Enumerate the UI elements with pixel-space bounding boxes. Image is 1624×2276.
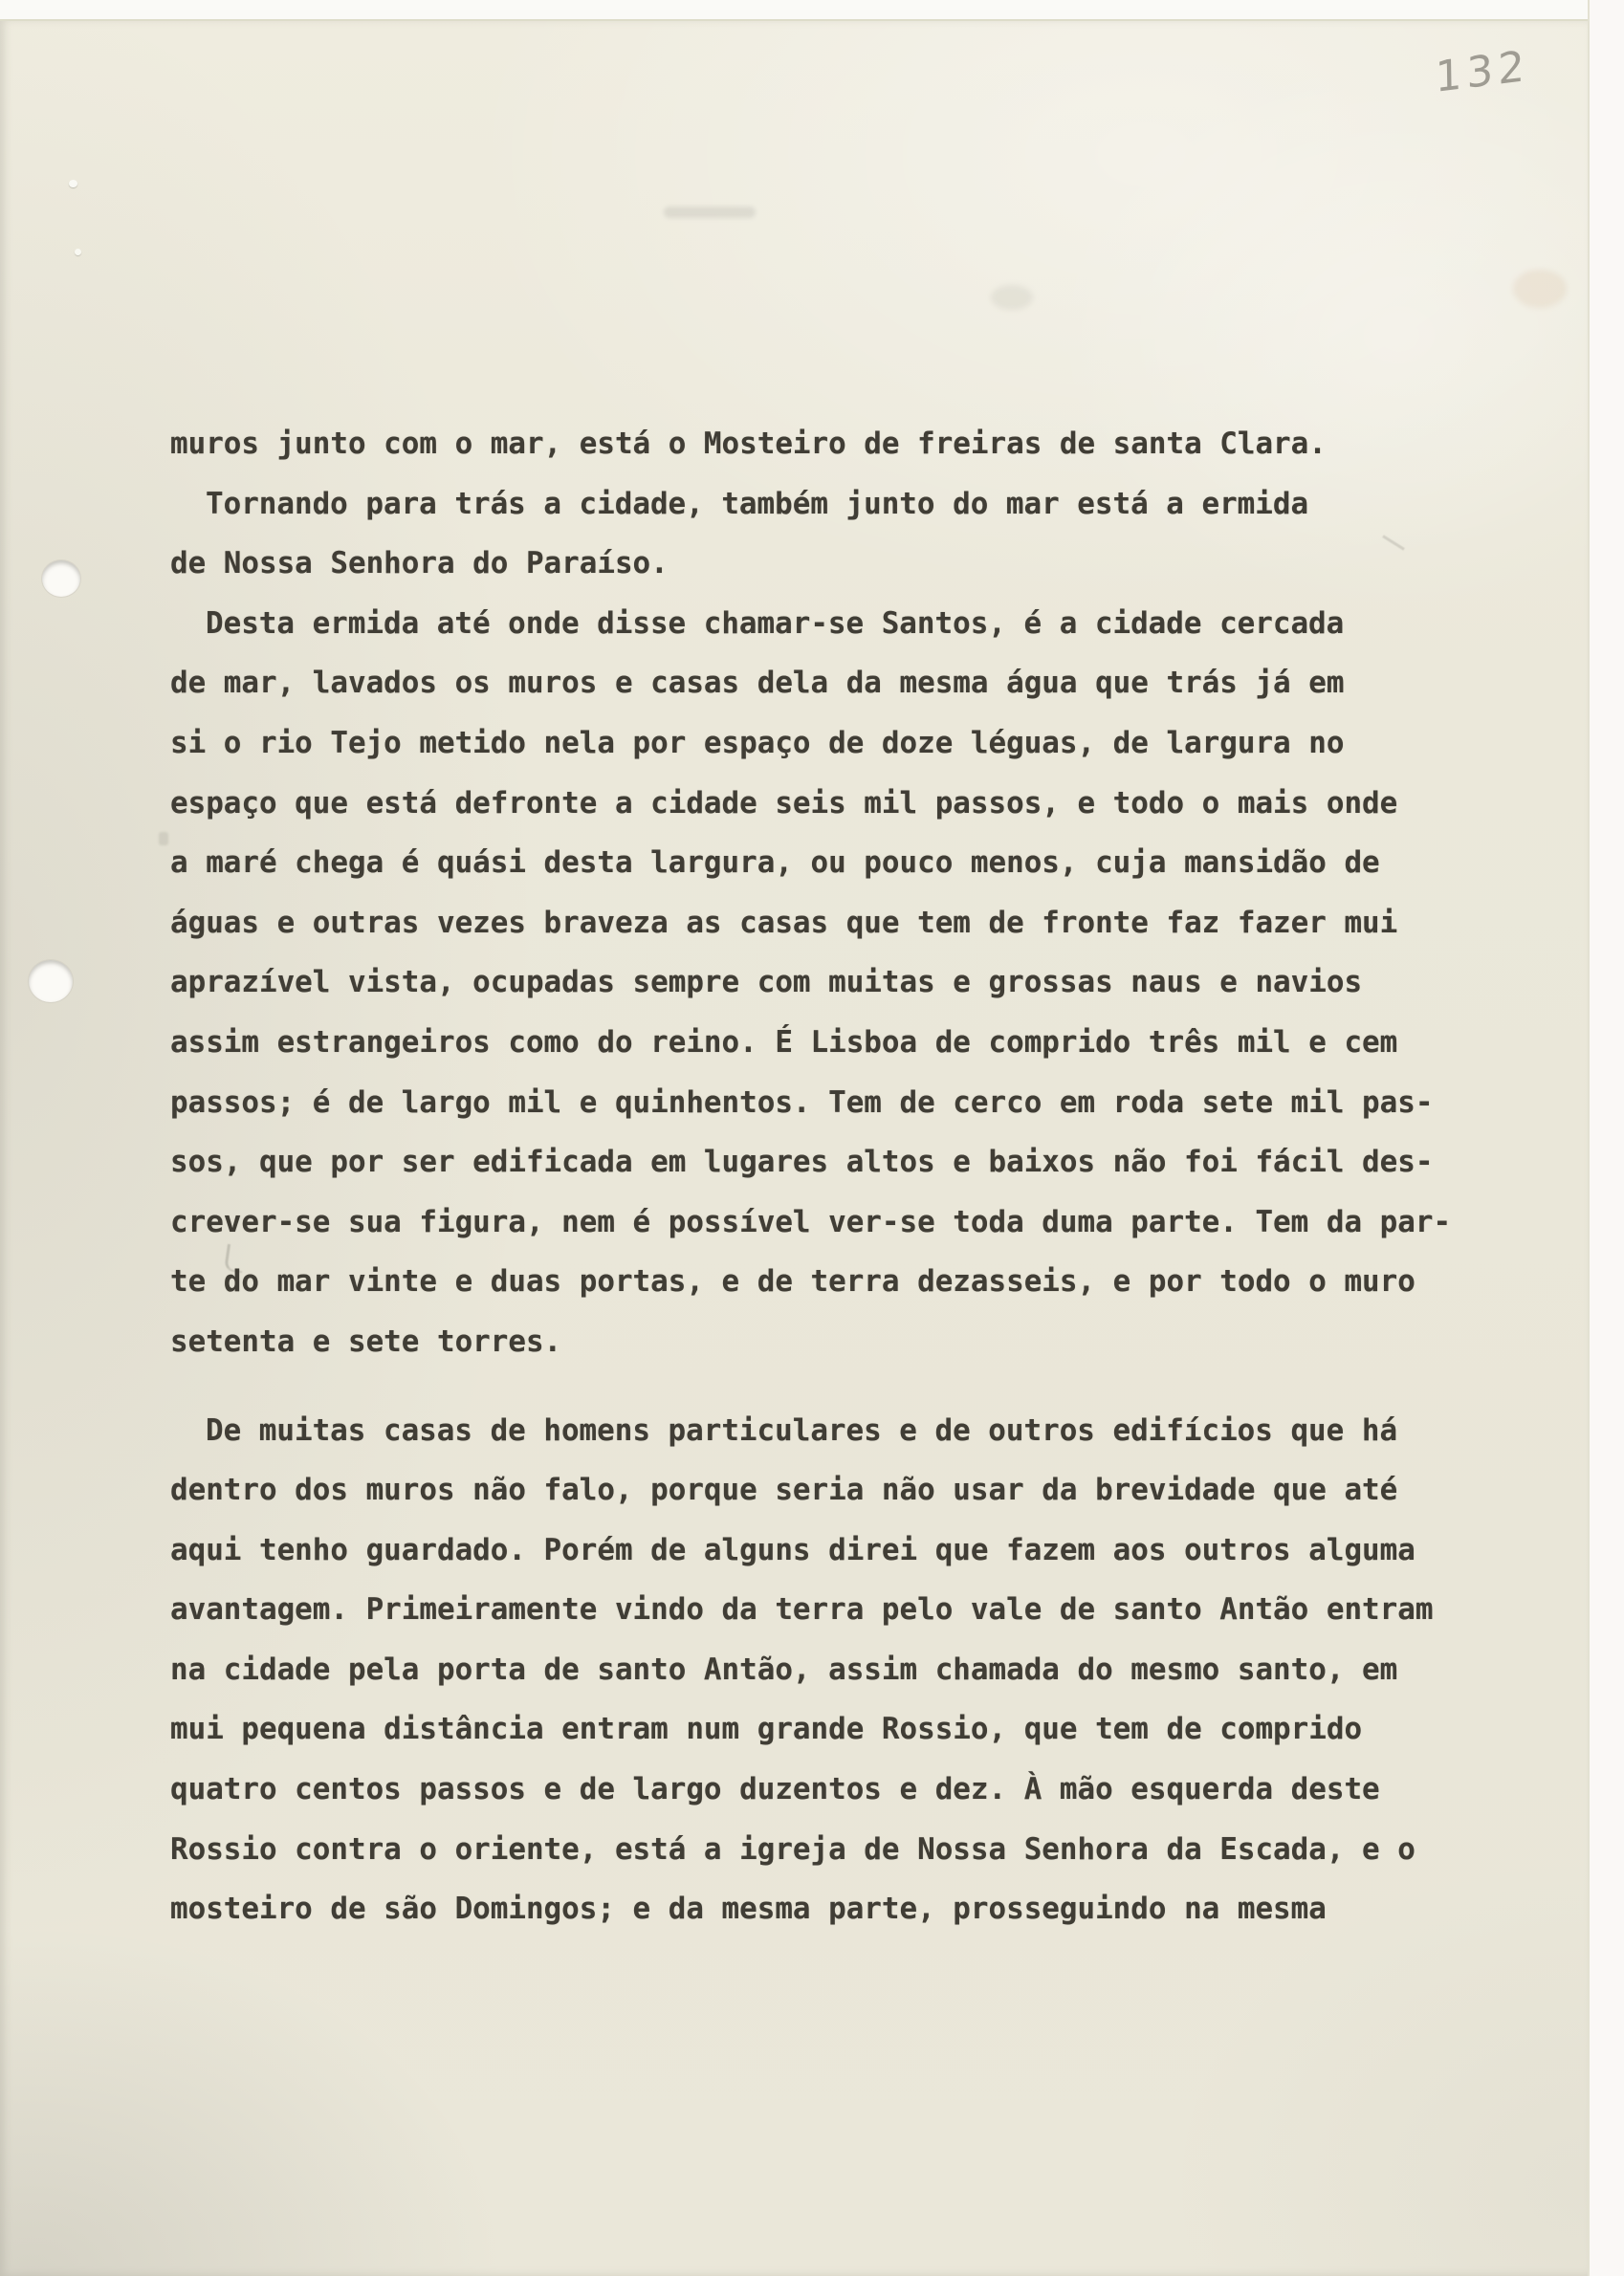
text-line: mui pequena distância entram num grande … [170,1699,1504,1760]
text-line: aprazível vista, ocupadas sempre com mui… [170,952,1504,1013]
text-line: na cidade pela porta de santo Antão, ass… [170,1640,1504,1700]
text-line: avantagem. Primeiramente vindo da terra … [170,1580,1504,1640]
text-line: de Nossa Senhora do Paraíso. [170,534,1504,594]
paper-speck [75,249,81,255]
text-line: Tornando para trás a cidade, também junt… [170,474,1504,535]
text-line: crever-se sua figura, nem é possível ver… [170,1193,1504,1253]
text-line: águas e outras vezes braveza as casas qu… [170,893,1504,953]
text-line: espaço que está defronte a cidade seis m… [170,774,1504,834]
text-line: quatro centos passos e de largo duzentos… [170,1760,1504,1820]
smudge-mark [991,285,1033,310]
text-line: De muitas casas de homens particulares e… [170,1401,1504,1461]
page-number-annotation: 132 [1435,34,1588,102]
pencil-speck [159,832,168,845]
text-line: te do mar vinte e duas portas, e de terr… [170,1252,1504,1312]
punch-hole [29,960,73,1002]
paper-speck [69,180,77,187]
text-line: muros junto com o mar, está o Mosteiro d… [170,414,1504,474]
page-right-edge [1588,0,1624,2276]
text-line: passos; é de largo mil e quinhentos. Tem… [170,1073,1504,1133]
text-line: Rossio contra o oriente, está a igreja d… [170,1820,1504,1880]
text-line: dentro dos muros não falo, porque seria … [170,1460,1504,1521]
scanned-document: 132 muros junto com o mar, está o Mostei… [0,0,1624,2276]
text-line: sos, que por ser edificada em lugares al… [170,1132,1504,1193]
text-line: Desta ermida até onde disse chamar-se Sa… [170,594,1504,654]
page-top-edge [0,0,1624,21]
text-line: aqui tenho guardado. Porém de alguns dir… [170,1521,1504,1581]
punch-hole [42,560,80,597]
stain-mark [1513,270,1567,308]
text-line: si o rio Tejo metido nela por espaço de … [170,713,1504,774]
text-line: mosteiro de são Domingos; e da mesma par… [170,1879,1504,1939]
text-line: assim estrangeiros como do reino. É Lisb… [170,1013,1504,1073]
typewritten-text: muros junto com o mar, está o Mosteiro d… [170,414,1504,1939]
text-line: setenta e sete torres. [170,1312,1504,1372]
text-line: a maré chega é quási desta largura, ou p… [170,833,1504,893]
document-page: 132 muros junto com o mar, está o Mostei… [0,19,1590,2276]
text-line: de mar, lavados os muros e casas dela da… [170,653,1504,713]
ink-ghost-mark [664,207,756,218]
